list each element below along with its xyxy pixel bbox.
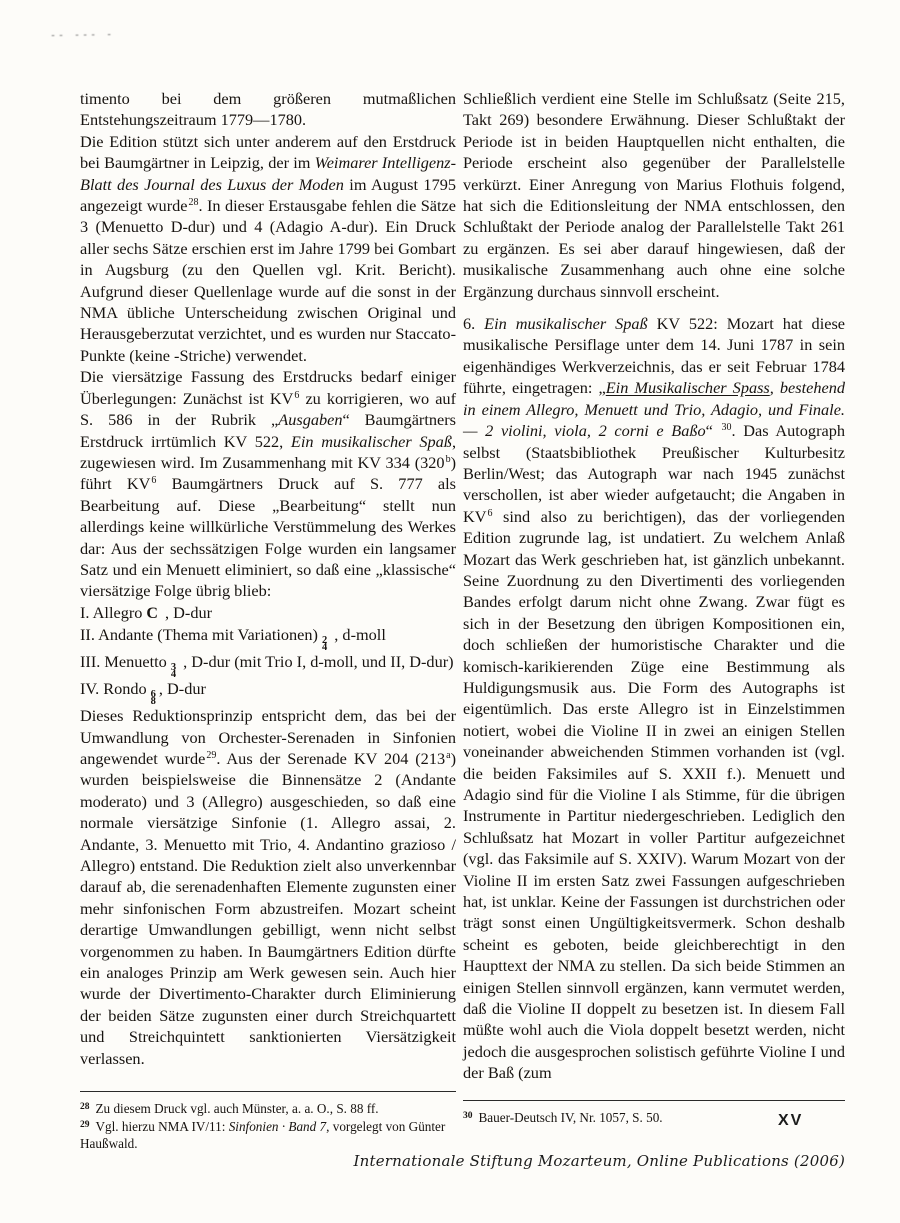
text-segment: Vgl. hierzu NMA IV/11: <box>96 1119 229 1134</box>
text-segment: Ausgaben <box>278 410 342 429</box>
paragraph: 6. Ein musikalischer Spaß KV 522: Mozart… <box>463 313 845 1084</box>
paragraph: Schließlich verdient eine Stelle im Schl… <box>463 88 845 302</box>
text-segment: . In dieser Erstausgabe fehlen die Sätze… <box>80 196 456 365</box>
text-segment: Ein musikalischer Spaß <box>291 432 452 451</box>
page-number: XV <box>778 1112 803 1130</box>
left-column: timento bei dem größeren mutmaßlichen En… <box>80 88 456 1153</box>
right-column: Schließlich verdient eine Stelle im Schl… <box>463 88 845 1126</box>
footnote-rule <box>463 1100 845 1101</box>
text-segment: Bauer-Deutsch IV, Nr. 1057, S. 50. <box>479 1110 663 1125</box>
text-segment: 29 <box>206 750 216 761</box>
time-signature: C <box>146 605 158 622</box>
scan-artifact: -- --- - <box>50 29 114 41</box>
footnote: 28Zu diesem Druck vgl. auch Münster, a. … <box>80 1100 456 1118</box>
movement-list: I. AllegroC , D-dur II. Andante (Thema m… <box>80 602 456 705</box>
movement-label: II. Andante (Thema mit Variationen) <box>80 625 318 644</box>
text-segment: sind also zu berichtigen), das der vorli… <box>463 507 845 1083</box>
movement-label: I. Allegro <box>80 603 142 622</box>
paragraph: Die viersätzige Fassung des Erstdrucks b… <box>80 366 456 601</box>
text-segment: ) wurden beispielsweise die Binnensätze … <box>80 749 456 1068</box>
text-segment: 28 <box>188 197 198 208</box>
text-segment: 6. <box>463 314 484 333</box>
movement-label: III. Menuetto <box>80 652 167 671</box>
text-segment: 30 <box>722 422 732 433</box>
movement-label: IV. Rondo <box>80 679 147 698</box>
text-segment: “ <box>706 421 721 440</box>
footnote-marker: 29 <box>80 1120 90 1130</box>
footer-credit: Internationale Stiftung Mozarteum, Onlin… <box>354 1152 845 1170</box>
document-page: -- --- - timento bei dem größeren mutmaß… <box>0 0 900 1223</box>
footnotes-left: 28Zu diesem Druck vgl. auch Münster, a. … <box>80 1091 456 1153</box>
movement-item: IV. Rondo68, D-dur <box>80 678 456 705</box>
text-segment: Ein Musikalischer Spass <box>606 378 770 397</box>
text-segment: Sinfonien · Band 7 <box>229 1119 326 1134</box>
text-segment: Zu diesem Druck vgl. auch Münster, a. a.… <box>96 1101 379 1116</box>
footnote: 29Vgl. hierzu NMA IV/11: Sinfonien · Ban… <box>80 1118 456 1153</box>
footnote-marker: 28 <box>80 1102 90 1112</box>
paragraph: Die Edition stützt sich unter anderem au… <box>80 131 456 366</box>
paragraph: timento bei dem größeren mutmaßlichen En… <box>80 88 456 131</box>
footnote-rule <box>80 1091 456 1092</box>
footnote-marker: 30 <box>463 1111 473 1121</box>
paragraph: Dieses Reduktionsprinzip entspricht dem,… <box>80 705 456 1069</box>
movement-item: I. AllegroC , D-dur <box>80 602 456 624</box>
text-segment: Schließlich verdient eine Stelle im Schl… <box>463 89 845 301</box>
text-segment: Ein musikalischer Spaß <box>484 314 648 333</box>
time-signature: 24 <box>322 637 327 651</box>
movement-item: III. Menuetto34 , D-dur (mit Trio I, d-m… <box>80 651 456 678</box>
movement-item: II. Andante (Thema mit Variationen)24 , … <box>80 624 456 651</box>
text-segment: timento bei dem größeren mutmaßlichen En… <box>80 89 456 129</box>
time-signature: 34 <box>171 664 176 678</box>
time-signature: 68 <box>151 691 156 705</box>
text-segment: . Aus der Serenade KV 204 (213 <box>216 749 445 768</box>
